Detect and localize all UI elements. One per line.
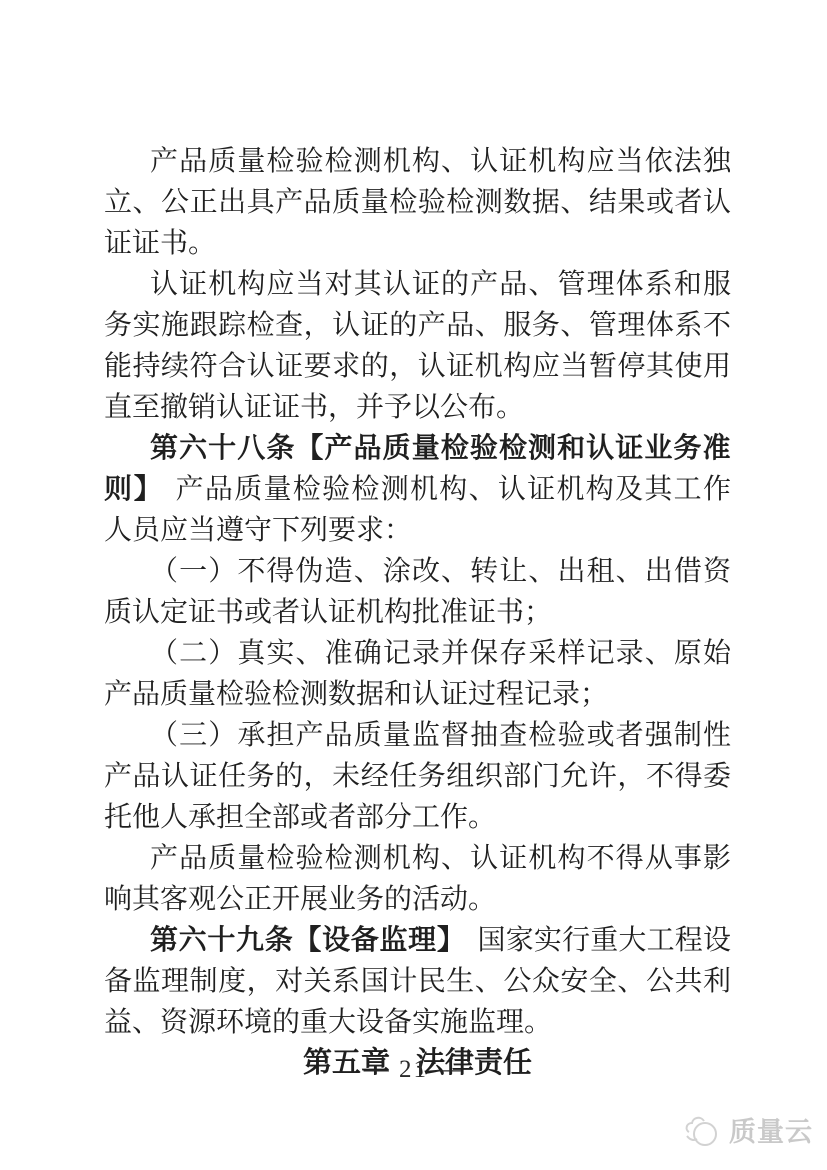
paragraph-text: （一）不得伪造、涂改、转让、出租、出借资质认定证书或者认证机构批准证书； (104, 556, 731, 628)
paragraph: 产品质量检验检测机构、认证机构不得从事影响其客观公正开展业务的活动。 (104, 838, 731, 920)
page-number: — 21 — (0, 1056, 827, 1084)
paragraph: 认证机构应当对其认证的产品、管理体系和服务实施跟踪检查，认证的产品、服务、管理体… (104, 264, 731, 428)
paragraph-item-1: （一）不得伪造、涂改、转让、出租、出借资质认定证书或者认证机构批准证书； (104, 551, 731, 633)
paragraph-text: （二）真实、准确记录并保存采样记录、原始产品质量检验检测数据和认证过程记录； (104, 638, 731, 710)
paragraph-text: 产品质量检验检测机构、认证机构及其工作人员应当遵守下列要求： (104, 474, 731, 546)
article-number-label: 第六十九条【设备监理】 (150, 925, 466, 956)
watermark-brand: 质量云 (729, 1110, 813, 1149)
paragraph: 产品质量检验检测机构、认证机构应当依法独立、公正出具产品质量检验检测数据、结果或… (104, 141, 731, 264)
watermark: 质量云 (681, 1110, 813, 1149)
paragraph-text: （三）承担产品质量监督抽查检验或者强制性产品认证任务的，未经任务组织部门允许，不… (104, 720, 731, 833)
cloud-icon (681, 1112, 723, 1148)
paragraph-item-2: （二）真实、准确记录并保存采样记录、原始产品质量检验检测数据和认证过程记录； (104, 633, 731, 715)
paragraph-article-69: 第六十九条【设备监理】国家实行重大工程设备监理制度，对关系国计民生、公众安全、公… (104, 920, 731, 1043)
paragraph-item-3: （三）承担产品质量监督抽查检验或者强制性产品认证任务的，未经任务组织部门允许，不… (104, 715, 731, 838)
paragraph-article-68: 第六十八条【产品质量检验检测和认证业务准则】产品质量检验检测机构、认证机构及其工… (104, 428, 731, 551)
paragraph-text: 产品质量检验检测机构、认证机构不得从事影响其客观公正开展业务的活动。 (104, 843, 731, 915)
paragraph-text: 产品质量检验检测机构、认证机构应当依法独立、公正出具产品质量检验检测数据、结果或… (104, 146, 731, 259)
document-page: 产品质量检验检测机构、认证机构应当依法独立、公正出具产品质量检验检测数据、结果或… (0, 0, 827, 1170)
document-body: 产品质量检验检测机构、认证机构应当依法独立、公正出具产品质量检验检测数据、结果或… (104, 141, 731, 1084)
paragraph-text: 认证机构应当对其认证的产品、管理体系和服务实施跟踪检查，认证的产品、服务、管理体… (104, 269, 731, 423)
